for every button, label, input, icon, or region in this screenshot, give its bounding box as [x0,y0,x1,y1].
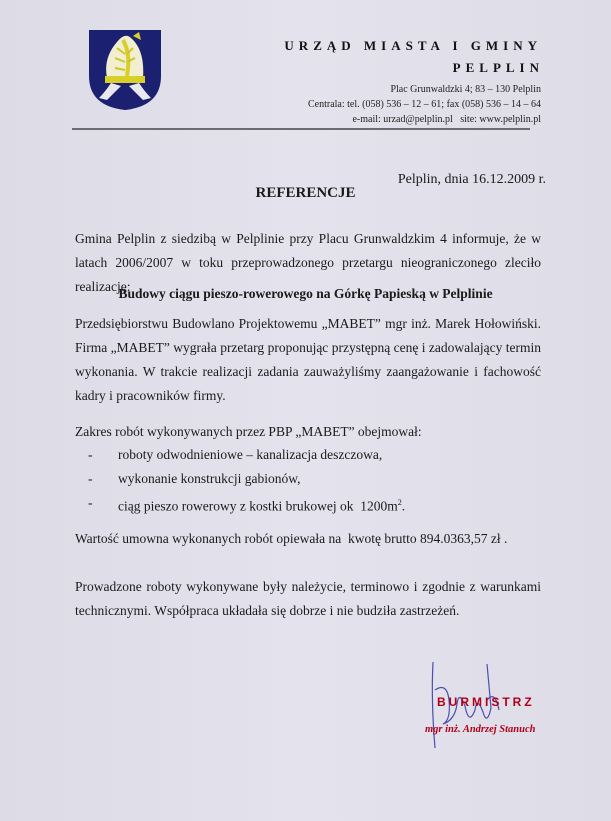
org-city: PELPLIN [453,60,544,76]
contractor-paragraph: Przedsiębiorstwu Budowlano Projektowemu … [75,312,541,408]
value-paragraph: Wartość umowna wykonanych robót opiewała… [75,527,541,551]
signature-title: BURMISTRZ [437,695,535,709]
project-subject: Budowy ciągu pieszo-rowerowego na Górkę … [0,286,611,302]
scope-list: roboty odwodnieniowe – kanalizacja deszc… [88,443,405,519]
scope-intro: Zakres robót wykonywanych przez PBP „MAB… [75,420,541,444]
org-phones: Centrala: tel. (058) 536 – 12 – 61; fax … [308,99,541,110]
scope-item: roboty odwodnieniowe – kanalizacja deszc… [88,443,405,467]
scope-item: ciąg pieszo rowerowy z kostki brukowej o… [88,491,405,519]
org-name: URZĄD MIASTA I GMINY [284,38,542,54]
header-divider [72,128,530,130]
org-address: Plac Grunwaldzki 4; 83 – 130 Pelplin [390,84,541,95]
signature-name: mgr inż. Andrzej Stanuch [425,724,536,735]
scope-item: wykonanie konstrukcji gabionów, [88,467,405,491]
letter-page: URZĄD MIASTA I GMINY PELPLIN Plac Grunwa… [0,0,611,821]
document-title: REFERENCJE [0,185,611,202]
closing-paragraph: Prowadzone roboty wykonywane były należy… [75,575,541,623]
coat-of-arms-icon [87,28,163,112]
org-contact: e-mail: urzad@pelplin.pl site: www.pelpl… [352,114,541,125]
